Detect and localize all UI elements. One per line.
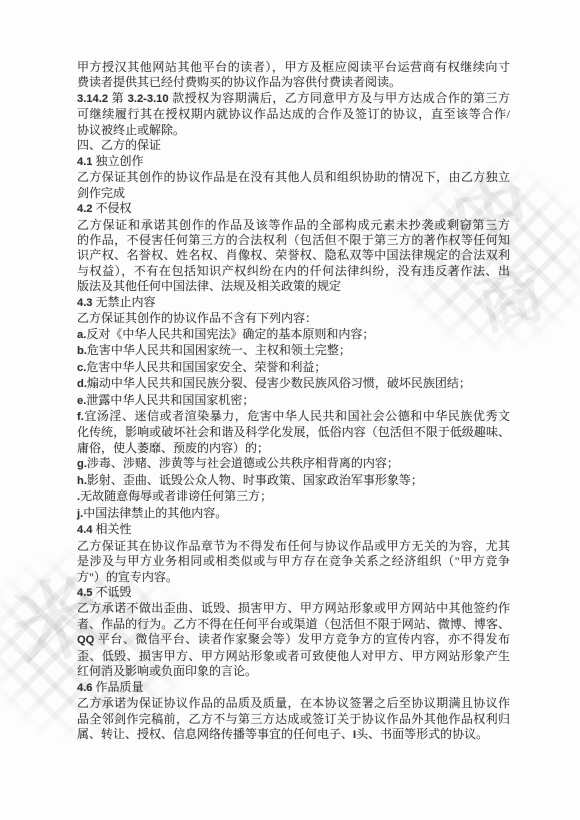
text-line: 协议被终止或解除。	[77, 123, 510, 138]
text-line: 乙方承诺为保证协议作品的品质及质量，在本协议签署之后至协议期满且协议作	[77, 696, 510, 711]
text-line: 歪、低毁、损害甲方、甲方网站形象或者可致使他人对甲方、甲方网站形象产生	[77, 649, 510, 664]
document-page: 中 商 米 甲方授汉其他网站其他平台的读者），甲方及框应阅读平台运营商有权继续向…	[0, 0, 580, 820]
text-line: 乙方保证其创作的协议作品是在没有其他人员和组织协助的情况下，由乙方独立	[77, 170, 510, 185]
text-line: g.涉毒、涉赌、涉黄等与社会道德或公共秩序相背离的内容；	[77, 456, 510, 472]
text-line: 识产权、名誉权、姓名权、肖像权、荣誉权、隐私双等中国法律规定的合法双利	[77, 248, 510, 263]
text-line: 乙方保证和承诺其创作的作品及该等作品的全部构成元素未抄袭或剩窃第三方	[77, 218, 510, 233]
text-line: 4.3 无禁止内容	[77, 295, 510, 311]
text-line: 庸俗，使人萎靡、预废的内容）的；	[77, 441, 510, 456]
text-line: 可继续履行其在授权期内就协议作品达成的合作及签订的协议，直至该等合作/	[77, 107, 510, 122]
text-line: 甲方授汉其他网站其他平台的读者），甲方及框应阅读平台运营商有权继续向寸	[77, 60, 510, 75]
text-line: 剑作完成	[77, 186, 510, 201]
text-line: 化传统，影响或破坏社会和谐及科学化发展，低俗内容（包活但不限于低级趣味、	[77, 425, 510, 440]
text-line: 红何消及影响或负面印象的言论。	[77, 664, 510, 679]
text-line: 版法及其他任何中国法律、法规及相关政策的规定	[77, 279, 510, 294]
text-line: 4.5 不诋毁	[77, 585, 510, 601]
text-line: b.危害中华人民共和国困家统一、主权和领土完整；	[77, 343, 510, 359]
text-line: h.影射、歪曲、诋毁公众人物、时事政策、国家政治军事形象等；	[77, 473, 510, 489]
text-line: 者、作品的行为。乙方不得在任何平台或渠道（包活但不限于网站、微博、博客、	[77, 617, 510, 632]
text-line: 的作品，不侵害任何第三方的合法权利（包活但不限于第三方的著作权等任何知	[77, 233, 510, 248]
text-line: 4.1 独立创作	[77, 154, 510, 170]
text-line: 4.6 作品质量	[77, 680, 510, 696]
document-body: 甲方授汉其他网站其他平台的读者），甲方及框应阅读平台运营商有权继续向寸费读者提供…	[77, 60, 510, 743]
text-line: 4.4 相关性	[77, 522, 510, 538]
text-line: 属、转让、授权、信息网络传播等事宜的任何电子、I头、书面等形式的协议。	[77, 727, 510, 743]
text-line: .无故随意侮辱或者诽谤任何第三方；	[77, 489, 510, 505]
text-line: 四、乙方的保证	[77, 138, 510, 153]
text-line: d.煽动中华人民共和国民族分裂、侵害少数民族风俗习惯，破坏民族团结；	[77, 376, 510, 392]
text-line: 与权益），不有在包括知识产权纠纷在内的仟何法律纠纷，没有违反著作法、出	[77, 264, 510, 279]
text-line: 乙方保证其在协议作品章节为不得发布任何与协议作品或甲方无关的为容，尤其	[77, 539, 510, 554]
text-line: QQ 平台、微信平台、读者作家聚会等）发甲方竞争方的宣传内容，亦不得发布	[77, 632, 510, 648]
text-line: j.中国法律禁止的其他内容。	[77, 506, 510, 522]
text-line: 品全邻剑作完稿前，乙方不与第三方达成或签订关于协议作品外其他作品权利归	[77, 712, 510, 727]
text-line: c.危害中华人民共和国国家安全、荣誉和利益；	[77, 360, 510, 376]
text-line: a.反对《中华人民共和国宪法》确定的基本原则和内容；	[77, 327, 510, 343]
text-line: 是涉及与甲方业务相同或相类似或与甲方存在竞争关系之经济组织（"甲方竞争	[77, 554, 510, 569]
text-line: 4.2 不侵权	[77, 201, 510, 217]
text-line: e.泄露中华人民共和国国家机密；	[77, 393, 510, 409]
text-line: 方"）的宣专内容。	[77, 570, 510, 585]
text-line: 乙方保证其创作的协议作品不含有下列内容：	[77, 311, 510, 326]
text-line: 3.14.2 第 3.2-3.10 款授权为容期满后，乙方同意甲方及与甲方达成合…	[77, 91, 510, 107]
text-line: 乙方承诺不做出歪曲、诋毁、损害甲方、甲方网站形象或甲方网站中其他签约作	[77, 601, 510, 616]
text-line: 费读者提供其已经付费购买的协议作品为容供付费读者阅读。	[77, 75, 510, 90]
text-line: f.宜汤淫、迷信或者渲染暴力，危害中华人民共和国社会公德和中华民族优秀文	[77, 409, 510, 425]
